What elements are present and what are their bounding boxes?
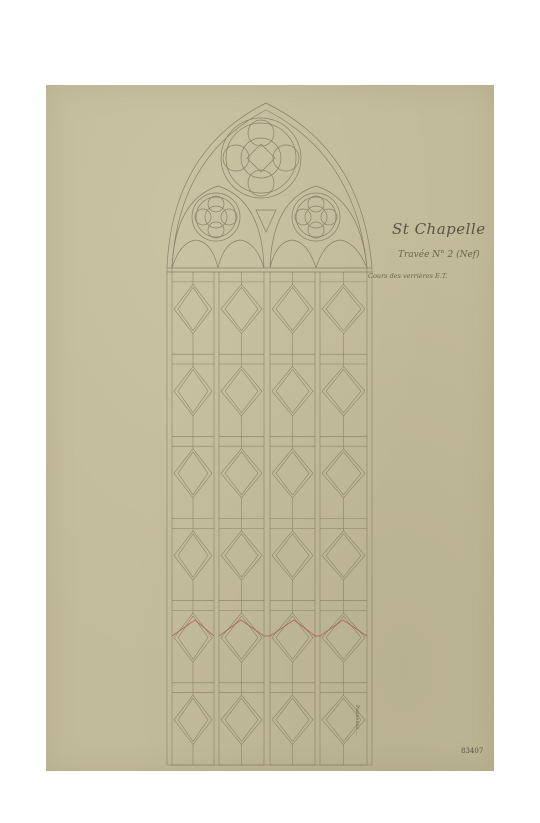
drawing-title: St Chapelle	[392, 220, 486, 238]
drawing-subtitle: Travée N° 2 (Nef)	[398, 250, 480, 260]
outer-arch	[167, 103, 372, 268]
window-drawing	[0, 0, 540, 823]
inventory-number: 83407	[461, 747, 483, 755]
drawing-note: Cours des verrières E.T.	[368, 272, 447, 280]
margin-note: Panneaux ...	[354, 705, 360, 736]
lancets	[167, 268, 372, 765]
